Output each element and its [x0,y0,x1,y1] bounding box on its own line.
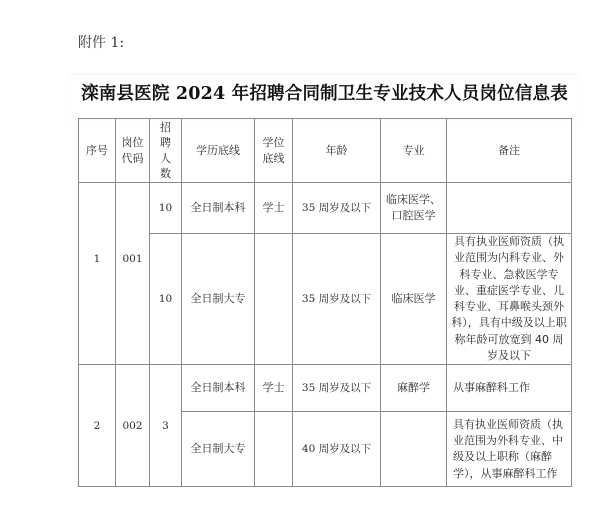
cell-count: 10 [150,183,182,234]
cell-degree: 学士 [255,365,293,412]
cell-major: 临床医学、口腔医学 [381,183,447,234]
cell-count: 10 [150,234,182,365]
title-suffix: 年招聘合同制卫生专业技术人员岗位信息表 [225,84,568,104]
document-title: 滦南县医院 2024 年招聘合同制卫生专业技术人员岗位信息表 [78,80,571,105]
cell-seq: 1 [79,183,116,365]
cell-age: 35 周岁及以下 [293,183,381,234]
cell-count: 3 [150,365,182,487]
cell-remarks: 具有执业医师资质（执业范围为外科专业、中级及以上职称（麻醉学），从事麻醉科工作 [447,412,572,487]
header-remarks: 备注 [447,119,572,183]
table-row: 1 001 10 全日制本科 学士 35 周岁及以下 临床医学、口腔医学 [79,183,572,234]
cell-code: 001 [116,183,150,365]
cell-age: 35 周岁及以下 [293,234,381,365]
table-row: 10 全日制大专 35 周岁及以下 临床医学 具有执业医师资质（执业范围为内科专… [79,234,572,365]
cell-age: 35 周岁及以下 [293,365,381,412]
header-major: 专业 [381,119,447,183]
cell-education: 全日制大专 [182,234,255,365]
attachment-label: 附件 1: [78,32,124,52]
header-code: 岗位代码 [116,119,150,183]
header-row: 序号 岗位代码 招聘人数 学历底线 学位底线 年龄 专业 备注 [79,119,572,183]
cell-major: 麻醉学 [381,365,447,412]
cell-age: 40 周岁及以下 [293,412,381,487]
cell-education: 全日制大专 [182,412,255,487]
title-year: 2024 [176,84,226,104]
cell-remarks [447,183,572,234]
cell-remarks: 从事麻醉科工作 [447,365,572,412]
cell-remarks: 具有执业医师资质（执业范围为内科专业、外科专业、急救医学专业、重症医学专业、儿科… [447,234,572,365]
cell-education: 全日制本科 [182,183,255,234]
header-degree: 学位底线 [255,119,293,183]
positions-table: 序号 岗位代码 招聘人数 学历底线 学位底线 年龄 专业 备注 1 001 10… [78,118,572,487]
header-seq: 序号 [79,119,116,183]
table-row: 2 002 3 全日制本科 学士 35 周岁及以下 麻醉学 从事麻醉科工作 [79,365,572,412]
cell-major [381,412,447,487]
title-prefix: 滦南县医院 [81,84,176,104]
header-education: 学历底线 [182,119,255,183]
cell-major: 临床医学 [381,234,447,365]
cell-degree [255,234,293,365]
cell-education: 全日制本科 [182,365,255,412]
cell-degree [255,412,293,487]
cell-seq: 2 [79,365,116,487]
cell-degree: 学士 [255,183,293,234]
header-count: 招聘人数 [150,119,182,183]
cell-code: 002 [116,365,150,487]
header-age: 年龄 [293,119,381,183]
